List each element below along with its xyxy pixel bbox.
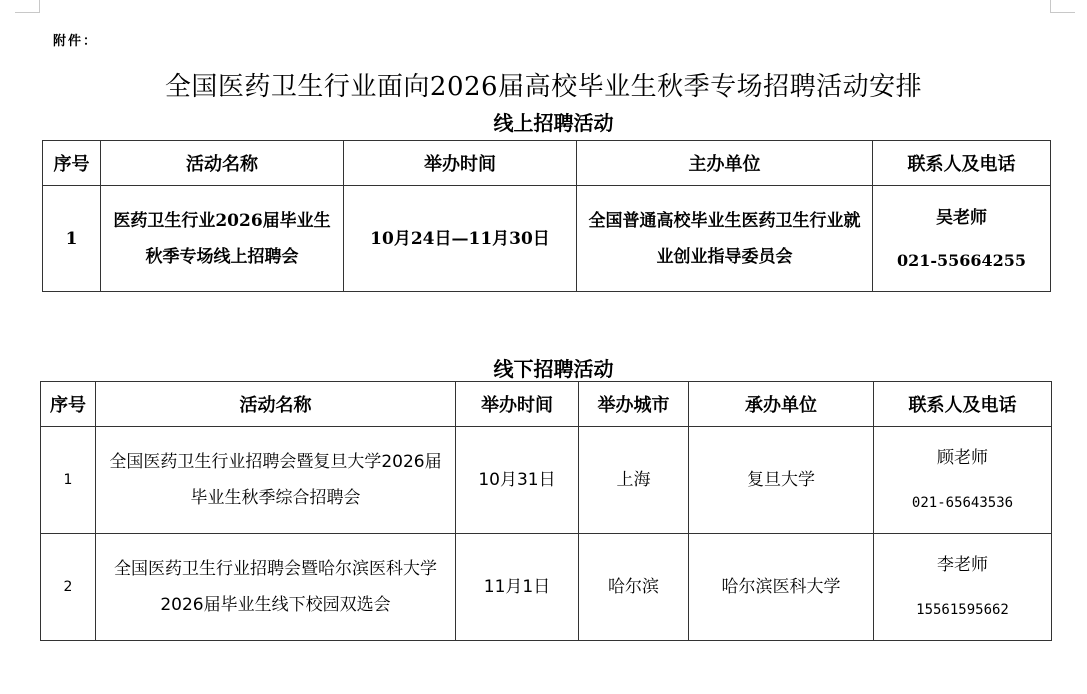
table-row: 1 医药卫生行业2026届毕业生秋季专场线上招聘会 10月24日—11月30日 …: [43, 186, 1051, 292]
cell-contact: 李老师 15561595662: [874, 534, 1052, 641]
cell-index: 1: [41, 427, 96, 534]
cell-time: 10月31日: [456, 427, 579, 534]
attachment-label: 附件：: [53, 30, 98, 49]
table-row: 2 全国医药卫生行业招聘会暨哈尔滨医科大学2026届毕业生线下校园双选会 11月…: [41, 534, 1052, 641]
cell-activity-name: 医药卫生行业2026届毕业生秋季专场线上招聘会: [101, 186, 344, 292]
contact-phone: 15561595662: [874, 601, 1051, 619]
header-contact: 联系人及电话: [873, 141, 1051, 186]
table-row: 1 全国医药卫生行业招聘会暨复旦大学2026届毕业生秋季综合招聘会 10月31日…: [41, 427, 1052, 534]
document-title: 全国医药卫生行业面向2026届高校毕业生秋季专场招聘活动安排: [0, 66, 1087, 103]
cell-index: 1: [43, 186, 101, 292]
header-organizer: 主办单位: [577, 141, 873, 186]
cell-time: 10月24日—11月30日: [344, 186, 577, 292]
online-section-title: 线上招聘活动: [10, 107, 1087, 136]
contact-phone: 021-55664255: [873, 252, 1050, 270]
header-contact: 联系人及电话: [874, 382, 1052, 427]
table-header-row: 序号 活动名称 举办时间 主办单位 联系人及电话: [43, 141, 1051, 186]
cell-activity-name: 全国医药卫生行业招聘会暨哈尔滨医科大学2026届毕业生线下校园双选会: [96, 534, 456, 641]
offline-activities-table: 序号 活动名称 举办时间 举办城市 承办单位 联系人及电话 1 全国医药卫生行业…: [40, 381, 1052, 641]
page-corner-mark-top-left: [15, 0, 40, 13]
cell-index: 2: [41, 534, 96, 641]
header-index: 序号: [43, 141, 101, 186]
contact-name: 李老师: [874, 555, 1051, 575]
table-header-row: 序号 活动名称 举办时间 举办城市 承办单位 联系人及电话: [41, 382, 1052, 427]
page-corner-mark-top-right: [1050, 0, 1075, 13]
contact-name: 顾老师: [874, 448, 1051, 468]
header-city: 举办城市: [579, 382, 689, 427]
header-time: 举办时间: [456, 382, 579, 427]
cell-activity-name: 全国医药卫生行业招聘会暨复旦大学2026届毕业生秋季综合招聘会: [96, 427, 456, 534]
cell-city: 上海: [579, 427, 689, 534]
cell-organizer: 全国普通高校毕业生医药卫生行业就业创业指导委员会: [577, 186, 873, 292]
cell-city: 哈尔滨: [579, 534, 689, 641]
header-activity-name: 活动名称: [96, 382, 456, 427]
cell-host: 哈尔滨医科大学: [689, 534, 874, 641]
offline-section-title: 线下招聘活动: [10, 353, 1087, 382]
header-host: 承办单位: [689, 382, 874, 427]
contact-name: 吴老师: [873, 208, 1050, 228]
header-index: 序号: [41, 382, 96, 427]
online-activities-table: 序号 活动名称 举办时间 主办单位 联系人及电话 1 医药卫生行业2026届毕业…: [42, 140, 1051, 292]
header-time: 举办时间: [344, 141, 577, 186]
header-activity-name: 活动名称: [101, 141, 344, 186]
cell-contact: 顾老师 021-65643536: [874, 427, 1052, 534]
cell-host: 复旦大学: [689, 427, 874, 534]
contact-phone: 021-65643536: [874, 494, 1051, 512]
cell-time: 11月1日: [456, 534, 579, 641]
cell-contact: 吴老师 021-55664255: [873, 186, 1051, 292]
